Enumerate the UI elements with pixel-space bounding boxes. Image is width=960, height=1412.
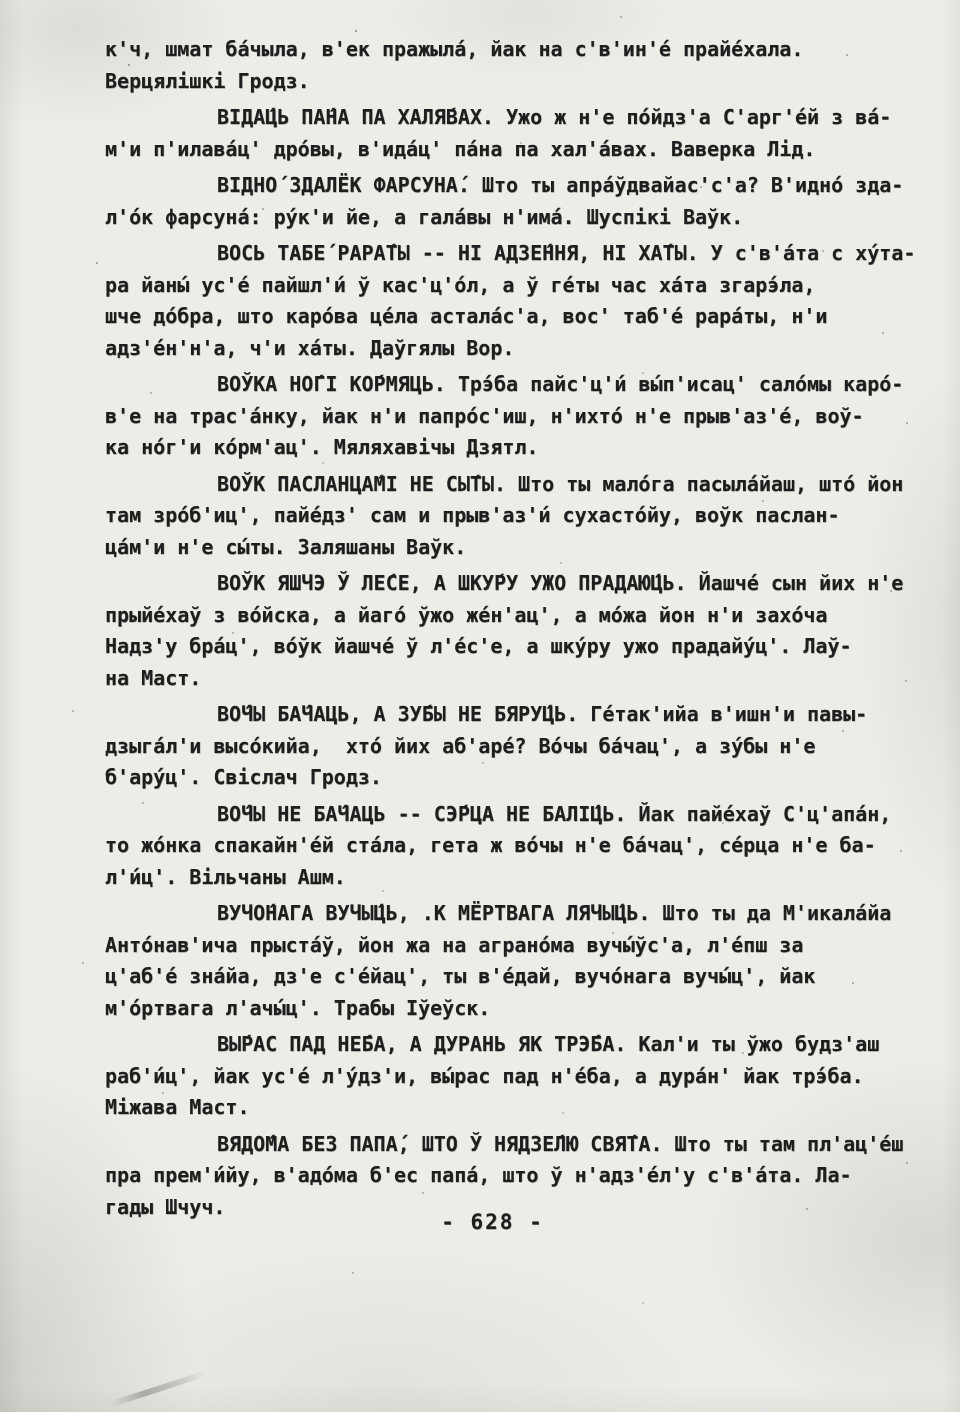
- proverb-entry: ВО́ЧЫ НЕ БА́ЧАЦЬ -- СЭ́РЦА НЕ БАЛІ́ЦЬ. Й…: [105, 799, 905, 894]
- continuation-paragraph: к'ч, шмат ба́чыла, в'ек пражыла́, йак на…: [105, 34, 905, 97]
- scanned-page: к'ч, шмат ба́чыла, в'ек пражыла́, йак на…: [0, 0, 960, 1412]
- text-line: ц'аб'е́ зна́йа, дз'е с'е́йац', ты в'е́да…: [105, 961, 905, 993]
- proverb-entry: ВОЎК ЯШЧЭ Ў ЛЕ́СЕ, А ШКУ́РУ УЖО ПРАДАЮ́Ц…: [105, 568, 905, 694]
- text-line: шче до́бра, што каро́ва це́ла астала́с'а…: [105, 301, 905, 333]
- text-line: ВУЧО́НАГА ВУЧЫ́ЦЬ, .К МЁРТВАГА ЛЯЧЫ́ЦЬ. …: [105, 898, 905, 930]
- text-line: ВОЎК ПАСЛАНЦА́МІ НЕ СЫ́ТЫ. Што ты мало́г…: [105, 469, 905, 501]
- proverb-entry: ВЫ́РАС ПАД НЕ́БА, А ДУРАНЬ ЯК ТРЭ́БА. Ка…: [105, 1029, 905, 1124]
- proverb-entry: ВОЎК ПАСЛАНЦА́МІ НЕ СЫ́ТЫ. Што ты мало́г…: [105, 469, 905, 564]
- text-line: б'ару́ц'. Свіслач Гродз.: [105, 762, 905, 794]
- text-line: ВІДНО́ ЗДАЛЁК ФАРСУНА́. Што ты апра́ўдва…: [105, 170, 905, 202]
- text-line: ВОЎКА НО́ГІ КО́РМЯЦЬ. Трэ́ба пайс'ц'и́ в…: [105, 369, 905, 401]
- text-line: в'е на трас'а́нку, йак н'и папро́с'иш, н…: [105, 401, 905, 433]
- text-line: м'о́ртвага л'ачы́ц'. Трабы Іўеўск.: [105, 993, 905, 1025]
- proverb-entry: ВУЧО́НАГА ВУЧЫ́ЦЬ, .К МЁРТВАГА ЛЯЧЫ́ЦЬ. …: [105, 898, 905, 1024]
- text-line: Анто́нав'ича прыста́ў, йон жа на аграно́…: [105, 930, 905, 962]
- text-block: к'ч, шмат ба́чыла, в'ек пражыла́, йак на…: [105, 34, 905, 1223]
- text-line: к'ч, шмат ба́чыла, в'ек пражыла́, йак на…: [105, 34, 905, 66]
- text-line: дзыга́л'и высо́кийа, хто́ йих аб'аре́? В…: [105, 731, 905, 763]
- text-line: Верцялішкі Гродз.: [105, 66, 905, 98]
- text-line: прыйе́хаў з во́йска, а йаго́ ўжо же́н'ац…: [105, 600, 905, 632]
- text-line: ца́м'и н'е сы́ты. Заляшаны Ваўк.: [105, 532, 905, 564]
- text-line: л'о́к фарсуна́: ру́к'и йе, а гала́вы н'и…: [105, 202, 905, 234]
- text-line: ВЯДО́МА БЕЗ ПАПА́, ШТО Ў НЯДЗЕ́ЛЮ СВЯ́ТА…: [105, 1129, 905, 1161]
- text-line: там зро́б'иц', пайе́дз' сам и прыв'аз'и́…: [105, 500, 905, 532]
- text-line: адз'е́н'н'а, ч'и ха́ты. Даўгялы Вор.: [105, 333, 905, 365]
- text-line: м'и п'илава́ц' дро́вы, в'ида́ц' па́на па…: [105, 134, 905, 166]
- text-line: л'и́ц'. Вільчаны Ашм.: [105, 862, 905, 894]
- proverb-entry: ВІДНО́ ЗДАЛЁК ФАРСУНА́. Што ты апра́ўдва…: [105, 170, 905, 233]
- proverb-entry: ВОЎКА НО́ГІ КО́РМЯЦЬ. Трэ́ба пайс'ц'и́ в…: [105, 369, 905, 464]
- proverb-entry: ВОСЬ ТАБЕ́ РАРА́ТЫ -- НІ АДЗЕ́ННЯ, НІ ХА…: [105, 238, 905, 364]
- text-line: то жо́нка спакайн'е́й ста́ла, гета ж во́…: [105, 830, 905, 862]
- text-line: ра йаны́ ус'е́ пайшл'и́ ў кас'ц'о́л, а ў…: [105, 270, 905, 302]
- proverb-entry: ВЯДО́МА БЕЗ ПАПА́, ШТО Ў НЯДЗЕ́ЛЮ СВЯ́ТА…: [105, 1129, 905, 1224]
- page-number: - 628 -: [105, 1210, 880, 1234]
- text-line: на Маст.: [105, 663, 905, 695]
- text-line: ВЫ́РАС ПАД НЕ́БА, А ДУРАНЬ ЯК ТРЭ́БА. Ка…: [105, 1029, 905, 1061]
- text-line: Міжава Маст.: [105, 1092, 905, 1124]
- text-line: ВО́ЧЫ НЕ БА́ЧАЦЬ -- СЭ́РЦА НЕ БАЛІ́ЦЬ. Й…: [105, 799, 905, 831]
- text-line: Надз'у бра́ц', во́ўк йашче́ ў л'е́с'е, а…: [105, 631, 905, 663]
- proverb-entry: ВІДА́ЦЬ ПА́НА ПА ХАЛЯ́ВАХ. Ужо ж н'е по́…: [105, 102, 905, 165]
- text-line: ВОЎК ЯШЧЭ Ў ЛЕ́СЕ, А ШКУ́РУ УЖО ПРАДАЮ́Ц…: [105, 568, 905, 600]
- text-line: ВО́ЧЫ БА́ЧАЦЬ, А ЗУ́БЫ НЕ БЯРУ́ЦЬ. Ге́та…: [105, 699, 905, 731]
- text-line: пра прем'и́йу, в'адо́ма б'ес папа́, што …: [105, 1160, 905, 1192]
- text-line: ВІДА́ЦЬ ПА́НА ПА ХАЛЯ́ВАХ. Ужо ж н'е по́…: [105, 102, 905, 134]
- paper-specks: [0, 0, 2, 2]
- text-line: ка но́г'и ко́рм'ац'. Мяляхавічы Дзятл.: [105, 432, 905, 464]
- text-line: раб'и́ц', йак ус'е́ л'у́дз'и, вы́рас пад…: [105, 1061, 905, 1093]
- text-line: ВОСЬ ТАБЕ́ РАРА́ТЫ -- НІ АДЗЕ́ННЯ, НІ ХА…: [105, 238, 905, 270]
- proverb-entry: ВО́ЧЫ БА́ЧАЦЬ, А ЗУ́БЫ НЕ БЯРУ́ЦЬ. Ге́та…: [105, 699, 905, 794]
- pencil-mark: [110, 1371, 207, 1408]
